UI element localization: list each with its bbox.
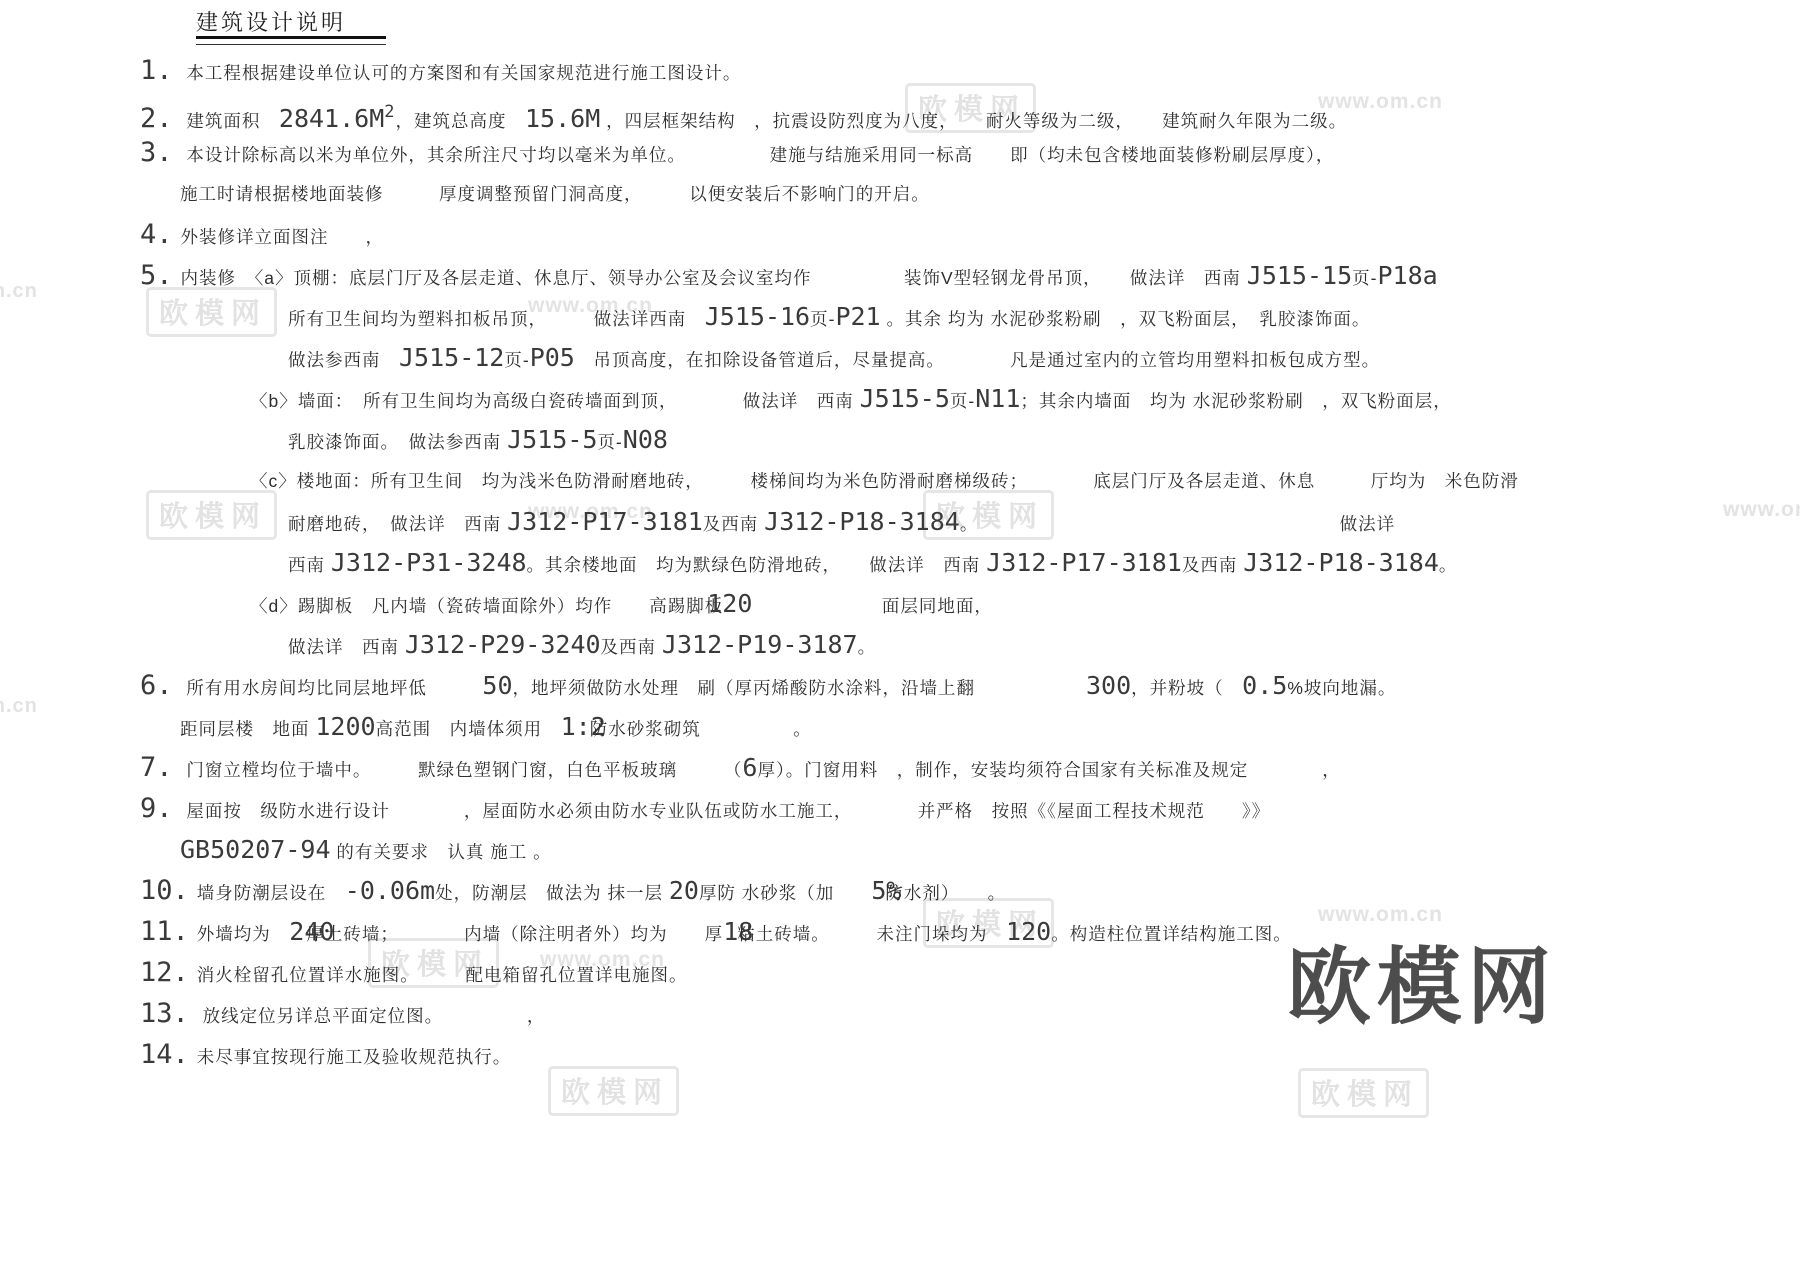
note-text: J312-P29-3240 xyxy=(405,630,601,659)
note-text: 。 xyxy=(1439,555,1458,575)
note-text: N08 xyxy=(623,425,668,454)
note-text: 页- xyxy=(597,432,622,452)
note-text: 放线定位另详总平面定位图。 ， xyxy=(197,1006,546,1026)
title-underline xyxy=(196,36,386,45)
note-text: 本设计除标高以米为单位外，其余所注尺寸均以毫米为单位。 建施与结施采用同一标高 … xyxy=(181,145,1335,165)
item-number: 5. xyxy=(140,260,173,291)
note-line: 做法详 西南 J312-P29-3240及西南 J312-P19-3187。 xyxy=(140,630,1790,660)
note-text: 消火栓留孔位置详水施图。 配电箱留孔位置详电施图。 xyxy=(197,965,688,985)
note-text: 。 xyxy=(858,637,877,657)
note-line: 2. 建筑面积 2841.6M2，建筑总高度 15.6M ，四层框架结构 ，抗震… xyxy=(140,97,1790,127)
note-text: 页- xyxy=(810,309,835,329)
note-text: 防水砂浆砌筑 xyxy=(590,719,701,739)
note-text: 〈d〉踢脚板 凡内墙（瓷砖墙面除外）均作 高踢脚板 xyxy=(250,596,723,616)
note-text: 1200 xyxy=(315,712,375,741)
item-number: 9. xyxy=(140,793,173,824)
note-text: 墙身防潮层设在 xyxy=(197,883,345,903)
note-text: ；其余内墙面 均为 水泥砂浆粉刷 ，双飞粉面层， xyxy=(1020,391,1451,411)
drawing-sheet: 欧模网www.om.cnom.cn欧模网www.om.cn欧模网www.om.c… xyxy=(0,0,1800,1262)
note-text: 300 xyxy=(1086,671,1131,700)
note-text: J312-P17-3181 xyxy=(986,548,1182,577)
note-text: 外墙均为 xyxy=(197,924,290,944)
note-text: 吊顶高度，在扣除设备管道后，尽量提高。 凡是通过室内的立管均用塑料扣板包成方型。 xyxy=(575,350,1380,370)
note-text: 耐磨地砖， 做法详 西南 xyxy=(288,514,507,534)
note-text: 及西南 xyxy=(703,514,764,534)
note-line: 6. 所有用水房间均比同层地坪低 50，地坪须做防水处理 刷（厚丙烯酸防水涂料，… xyxy=(140,671,1790,701)
note-text: 。 做法详 xyxy=(960,514,1395,534)
note-text: 120 xyxy=(1006,917,1051,946)
note-line: GB50207-94 的有关要求 认真 施工 。 xyxy=(140,835,1790,865)
note-text: %坡向地漏。 xyxy=(1287,678,1396,698)
note-text: P21 xyxy=(835,302,880,331)
note-text: 乳胶漆饰面。 做法参西南 xyxy=(288,432,507,452)
note-text: 。 xyxy=(701,719,812,739)
note-text: J312-P19-3187 xyxy=(662,630,858,659)
note-text: 西南 xyxy=(288,555,331,575)
note-text: 6 xyxy=(742,753,757,782)
note-line: 做法参西南 J515-12页-P05 吊顶高度，在扣除设备管道后，尽量提高。 凡… xyxy=(140,343,1790,373)
note-text: 内装修 〈a〉顶棚：底层门厅及各层走道、休息厅、领导办公室及会议室均作 装饰V型… xyxy=(181,268,1247,288)
note-text: J312-P17-3181 xyxy=(507,507,703,536)
note-line: 〈d〉踢脚板 凡内墙（瓷砖墙面除外）均作 高踢脚板120 面层同地面， xyxy=(140,589,1790,619)
note-text: J312-P18-3184 xyxy=(764,507,960,536)
note-line: 4.外装修详立面图注 ， xyxy=(140,220,1790,250)
note-text: ，并粉坡（ xyxy=(1131,678,1242,698)
note-text: 〈b〉墙面： 所有卫生间均为高级白瓷砖墙面到顶， 做法详 西南 xyxy=(250,391,860,411)
note-text: 建筑面积 xyxy=(181,111,279,131)
note-text: 做法详 西南 xyxy=(288,637,405,657)
item-number: 3. xyxy=(140,137,173,168)
note-text: J515-5 xyxy=(860,384,950,413)
note-text: 页- xyxy=(1352,268,1377,288)
note-line: 施工时请根据楼地面装修 厚度调整预留门洞高度， 以便安装后不影响门的开启。 xyxy=(140,179,1790,209)
note-text: 所有用水房间均比同层地坪低 xyxy=(181,678,483,698)
note-text: ，四层框架结构 ，抗震设防烈度为八度， 耐火等级为二级， 建筑耐久年限为二级。 xyxy=(600,111,1347,131)
note-line: 12.消火栓留孔位置详水施图。 配电箱留孔位置详电施图。 xyxy=(140,958,1790,988)
note-text: 门窗立樘均位于墙中。 默绿色塑钢门窗，白色平板玻璃 （ xyxy=(181,760,743,780)
note-line: 〈b〉墙面： 所有卫生间均为高级白瓷砖墙面到顶， 做法详 西南 J515-5页-… xyxy=(140,384,1790,414)
note-text: 120 xyxy=(707,589,752,618)
note-text: 及西南 xyxy=(1182,555,1243,575)
note-text: -0.06m xyxy=(345,876,435,905)
note-text: 50 xyxy=(482,671,512,700)
note-text: 本工程根据建设单位认可的方案图和有关国家规范进行施工图设计。 xyxy=(181,63,742,83)
item-number: 11. xyxy=(140,916,189,947)
item-number: 14. xyxy=(140,1039,189,1070)
note-text: 页- xyxy=(504,350,529,370)
note-text: 。其余 均为 水泥砂浆粉刷 ，双飞粉面层， 乳胶漆饰面。 xyxy=(881,309,1371,329)
note-line: 11.外墙均为 240厚土砖墙； 内墙（除注明者外）均为 厚18粘土砖墙。 未注… xyxy=(140,917,1790,947)
note-text: J312-P18-3184 xyxy=(1243,548,1439,577)
note-text: 未尽事宜按现行施工及验收规范执行。 xyxy=(197,1047,512,1067)
note-text: 距同层楼 地面 xyxy=(180,719,315,739)
note-text: P18a xyxy=(1377,261,1437,290)
note-line: 1. 本工程根据建设单位认可的方案图和有关国家规范进行施工图设计。 xyxy=(140,56,1790,86)
note-line: 西南 J312-P31-3248。其余楼地面 均为默绿色防滑地砖， 做法详 西南… xyxy=(140,548,1790,578)
note-text: J515-5 xyxy=(507,425,597,454)
note-text: N11 xyxy=(975,384,1020,413)
note-text: 施工时请根据楼地面装修 厚度调整预留门洞高度， 以便安装后不影响门的开启。 xyxy=(180,184,930,204)
note-text: 厚）。门窗用料 ，制作，安装均须符合国家有关标准及规定 ， xyxy=(757,760,1340,780)
note-text: P05 xyxy=(530,343,575,372)
note-text: 的有关要求 认真 施工 。 xyxy=(331,842,552,862)
note-text: J312-P31-3248 xyxy=(331,548,527,577)
note-text: 防水剂） xyxy=(885,883,950,903)
note-text: 。 xyxy=(951,883,1007,903)
note-line: 7. 门窗立樘均位于墙中。 默绿色塑钢门窗，白色平板玻璃 （6厚）。门窗用料 ，… xyxy=(140,753,1790,783)
watermark-url-text: om.cn xyxy=(0,695,38,718)
note-line: 13. 放线定位另详总平面定位图。 ， xyxy=(140,999,1790,1029)
item-number: 2. xyxy=(140,103,173,134)
item-number: 1. xyxy=(140,55,173,86)
note-text: 2 xyxy=(384,102,395,122)
note-text: 及西南 xyxy=(601,637,662,657)
note-text: 。构造柱位置详结构施工图。 xyxy=(1051,924,1292,944)
note-text: GB50207-94 xyxy=(180,835,331,864)
note-line: 乳胶漆饰面。 做法参西南 J515-5页-N08 xyxy=(140,425,1790,455)
item-number: 4. xyxy=(140,219,173,250)
note-text: 厚土砖墙； xyxy=(306,924,390,944)
note-text: ，建筑总高度 xyxy=(396,111,526,131)
note-line: 3. 本设计除标高以米为单位外，其余所注尺寸均以毫米为单位。 建施与结施采用同一… xyxy=(140,138,1790,168)
item-number: 13. xyxy=(140,998,189,1029)
note-text: 页- xyxy=(950,391,975,411)
note-line: 〈c〉楼地面：所有卫生间 均为浅米色防滑耐磨地砖， 楼梯间均为米色防滑耐磨梯级砖… xyxy=(140,466,1790,496)
note-text: 20 xyxy=(669,876,699,905)
note-text: 外装修详立面图注 ， xyxy=(181,227,385,247)
note-text: J515-12 xyxy=(399,343,504,372)
note-text: 处，防潮层 做法为 抹一层 xyxy=(435,883,669,903)
note-text: 0.5 xyxy=(1242,671,1287,700)
item-number: 10. xyxy=(140,875,189,906)
note-text: J515-15 xyxy=(1247,261,1352,290)
watermark-url-text: om.cn xyxy=(0,280,38,303)
note-text: 高范围 内墙体须用 xyxy=(376,719,561,739)
note-text: 15.6M xyxy=(525,104,600,133)
note-text: 所有卫生间均为塑料扣板吊顶， 做法详西南 xyxy=(288,309,705,329)
note-text: 面层同地面， xyxy=(752,596,993,616)
note-text: 做法参西南 xyxy=(288,350,399,370)
note-line: 5.内装修 〈a〉顶棚：底层门厅及各层走道、休息厅、领导办公室及会议室均作 装饰… xyxy=(140,261,1790,291)
note-text: 粘土砖墙。 xyxy=(737,924,821,944)
note-line: 耐磨地砖， 做法详 西南 J312-P17-3181及西南 J312-P18-3… xyxy=(140,507,1790,537)
note-text: 〈c〉楼地面：所有卫生间 均为浅米色防滑耐磨地砖， 楼梯间均为米色防滑耐磨梯级砖… xyxy=(250,471,1519,491)
note-text: J515-16 xyxy=(705,302,810,331)
item-number: 12. xyxy=(140,957,189,988)
note-text: 屋面按 级防水进行设计 ，屋面防水必须由防水专业队伍或防水工施工， 并严格 按照… xyxy=(181,801,1271,821)
item-number: 7. xyxy=(140,752,173,783)
note-text: 。其余楼地面 均为默绿色防滑地砖， 做法详 西南 xyxy=(527,555,987,575)
item-number: 6. xyxy=(140,670,173,701)
note-line: 9. 屋面按 级防水进行设计 ，屋面防水必须由防水专业队伍或防水工施工， 并严格… xyxy=(140,794,1790,824)
note-line: 14.未尽事宜按现行施工及验收规范执行。 xyxy=(140,1040,1790,1070)
note-line: 10.墙身防潮层设在 -0.06m处，防潮层 做法为 抹一层 20厚防 水砂浆（… xyxy=(140,876,1790,906)
note-line: 距同层楼 地面 1200高范围 内墙体须用 1:2防水砂浆砌筑 。 xyxy=(140,712,1790,742)
note-text: ，地坪须做防水处理 刷（厚丙烯酸防水涂料，沿墙上翻 xyxy=(513,678,1087,698)
note-text: 未注门垛均为 xyxy=(821,924,1006,944)
note-text: 内墙（除注明者外）均为 厚 xyxy=(390,924,723,944)
note-line: 所有卫生间均为塑料扣板吊顶， 做法详西南 J515-16页-P21 。其余 均为… xyxy=(140,302,1790,332)
note-text: 厚防 水砂浆（加 xyxy=(699,883,871,903)
note-text: 2841.6M xyxy=(279,104,384,133)
notes-list: 1. 本工程根据建设单位认可的方案图和有关国家规范进行施工图设计。2. 建筑面积… xyxy=(140,56,1790,1081)
page-title: 建筑设计说明 xyxy=(196,6,346,37)
